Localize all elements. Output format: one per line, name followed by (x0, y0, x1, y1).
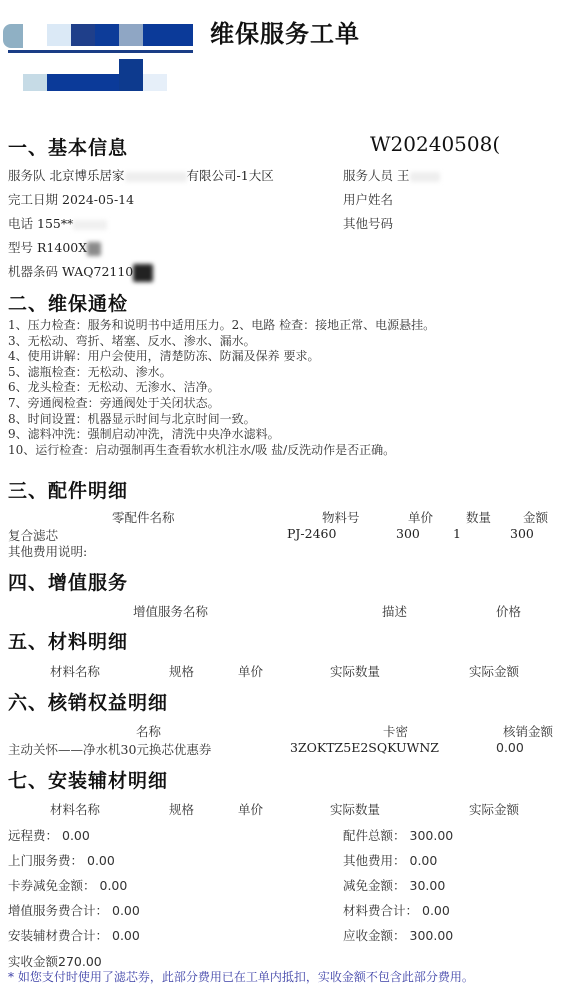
finish-date-value: 2024-05-14 (62, 192, 134, 207)
fee-label: 增值服务费合计： (8, 903, 108, 918)
install-col-spec: 规格 (169, 800, 194, 818)
service-person-value: 王 (397, 168, 410, 183)
inspection-item: 3、无松动、弯折、堵塞、反水、渗水、漏水。 (8, 334, 435, 350)
user-name-field: 用户姓名 (343, 190, 393, 208)
barcode-value: WAQ72110 (62, 264, 133, 279)
fee-materials-total: 材料费合计： 0.00 (343, 901, 450, 919)
fee-value: 0.00 (112, 903, 140, 918)
page-title: 维保服务工单 (210, 14, 360, 49)
user-name-label: 用户姓名 (343, 192, 393, 207)
redaction (73, 220, 107, 230)
model-field: 型号 R1400X (8, 238, 101, 256)
fee-label: 上门服务费： (8, 853, 83, 868)
phone-label: 电话 (8, 216, 33, 231)
rights-row-amount: 0.00 (496, 740, 524, 755)
service-person-label: 服务人员 (343, 168, 393, 183)
service-person-field: 服务人员 王 (343, 166, 440, 184)
service-team-label: 服务队 (8, 168, 46, 183)
company-logo (0, 15, 200, 100)
section-heading-basic-info: 一、基本信息 (8, 133, 128, 160)
inspection-item: 9、滤料冲洗：强制启动冲洗，清洗中央净水滤料。 (8, 427, 435, 443)
service-team-field: 服务队 北京博乐居家有限公司-1大区 (8, 166, 274, 184)
fee-label: 材料费合计： (343, 903, 418, 918)
materials-col-spec: 规格 (169, 662, 194, 680)
fee-parts-total: 配件总额： 300.00 (343, 826, 453, 844)
redaction (125, 172, 187, 182)
fee-label: 其他费用： (343, 853, 406, 868)
inspection-item: 5、滤瓶检查：无松动、渗水。 (8, 365, 435, 381)
section-heading-materials: 五、材料明细 (8, 627, 128, 654)
inspection-item: 8、时间设置：机器显示时间与北京时间一致。 (8, 412, 435, 428)
rights-col-name: 名称 (136, 722, 161, 740)
section-heading-parts: 三、配件明细 (8, 476, 128, 503)
materials-col-name: 材料名称 (50, 662, 100, 680)
section-heading-rights: 六、核销权益明细 (8, 688, 168, 715)
parts-row-material-no: PJ-2460 (287, 526, 336, 541)
order-number: W20240508( (370, 132, 500, 156)
other-number-field: 其他号码 (343, 214, 393, 232)
value-added-col-name: 增值服务名称 (133, 602, 208, 620)
fee-value: 0.00 (100, 878, 128, 893)
install-col-unit-price: 单价 (238, 800, 263, 818)
parts-col-name: 零配件名称 (112, 508, 175, 526)
fee-label: 安装辅材费合计： (8, 928, 108, 943)
fee-label: 减免金额： (343, 878, 406, 893)
fee-receivable: 应收金额： 300.00 (343, 926, 453, 944)
value-added-col-price: 价格 (496, 602, 521, 620)
parts-col-unit-price: 单价 (408, 508, 433, 526)
model-value: R1400X (37, 240, 87, 255)
redaction (133, 264, 153, 282)
inspection-item: 10、运行检查：启动强制再生查看软水机注水/吸 盐/反洗动作是否正确。 (8, 443, 435, 459)
materials-col-actual-amount: 实际金额 (469, 662, 519, 680)
parts-row-unit-price: 300 (396, 526, 420, 541)
rights-row-card-key: 3ZOKTZ5E2SQKUWNZ (290, 740, 439, 755)
model-label: 型号 (8, 240, 33, 255)
redaction (410, 172, 440, 182)
parts-col-qty: 数量 (466, 508, 491, 526)
fee-value-added-total: 增值服务费合计： 0.00 (8, 901, 140, 919)
inspection-item: 1、压力检查：服务和说明书中适用压力。2、电路 检查：接地正常、电源悬挂。 (8, 318, 435, 334)
fee-discount: 减免金额： 30.00 (343, 876, 445, 894)
other-number-label: 其他号码 (343, 216, 393, 231)
inspection-list: 1、压力检查：服务和说明书中适用压力。2、电路 检查：接地正常、电源悬挂。 3、… (8, 318, 435, 458)
rights-row-name: 主动关怀——净水机30元换芯优惠券 (8, 740, 211, 758)
phone-value: 155** (37, 216, 73, 231)
fee-value: 0.00 (112, 928, 140, 943)
install-col-name: 材料名称 (50, 800, 100, 818)
fee-value: 300.00 (410, 928, 454, 943)
fee-label: 卡券减免金额： (8, 878, 96, 893)
install-col-actual-amount: 实际金额 (469, 800, 519, 818)
inspection-item: 6、龙头检查：无松动、无渗水、洁净。 (8, 380, 435, 396)
fee-onsite-service: 上门服务费： 0.00 (8, 851, 115, 869)
fee-value: 0.00 (422, 903, 450, 918)
finish-date-field: 完工日期 2024-05-14 (8, 190, 134, 208)
finish-date-label: 完工日期 (8, 192, 58, 207)
fee-value: 0.00 (62, 828, 90, 843)
fee-value: 300.00 (410, 828, 454, 843)
value-added-col-desc: 描述 (382, 602, 407, 620)
service-team-value-prefix: 北京博乐居家 (50, 168, 125, 183)
barcode-label: 机器条码 (8, 264, 58, 279)
redaction (87, 242, 101, 256)
install-col-actual-qty: 实际数量 (330, 800, 380, 818)
section-heading-inspection: 二、维保通检 (8, 289, 128, 316)
fee-label: 配件总额： (343, 828, 406, 843)
fee-other: 其他费用： 0.00 (343, 851, 437, 869)
phone-field: 电话 155** (8, 214, 107, 232)
fee-coupon-discount: 卡券减免金额： 0.00 (8, 876, 127, 894)
other-fee-label: 其他费用说明: (8, 542, 87, 560)
inspection-item: 7、旁通阀检查：旁通阀处于关闭状态。 (8, 396, 435, 412)
actual-received-label: 实收金额 (8, 954, 58, 969)
barcode-field: 机器条码 WAQ72110 (8, 262, 153, 282)
inspection-item: 4、使用讲解：用户会使用，清楚防冻、防漏及保养 要求。 (8, 349, 435, 365)
actual-received-value: 270.00 (58, 954, 102, 969)
payment-note: * 如您支付时使用了滤芯券，此部分费用已在工单内抵扣，实收金额不包含此部分费用。 (8, 968, 474, 985)
section-heading-value-added: 四、增值服务 (8, 568, 128, 595)
fee-value: 30.00 (410, 878, 446, 893)
fee-value: 0.00 (87, 853, 115, 868)
materials-col-actual-qty: 实际数量 (330, 662, 380, 680)
fee-remote: 远程费： 0.00 (8, 826, 90, 844)
section-heading-install-materials: 七、安装辅材明细 (8, 766, 168, 793)
parts-row-amount: 300 (510, 526, 534, 541)
materials-col-unit-price: 单价 (238, 662, 263, 680)
rights-col-card-key: 卡密 (383, 722, 408, 740)
rights-col-amount: 核销金额 (503, 722, 553, 740)
parts-row-qty: 1 (453, 526, 461, 541)
fee-label: 远程费： (8, 828, 58, 843)
fee-label: 应收金额： (343, 928, 406, 943)
fee-value: 0.00 (410, 853, 438, 868)
parts-col-material-no: 物料号 (322, 508, 360, 526)
fee-install-materials-total: 安装辅材费合计： 0.00 (8, 926, 140, 944)
parts-col-amount: 金额 (523, 508, 548, 526)
service-team-value-suffix: 有限公司-1大区 (187, 168, 274, 183)
